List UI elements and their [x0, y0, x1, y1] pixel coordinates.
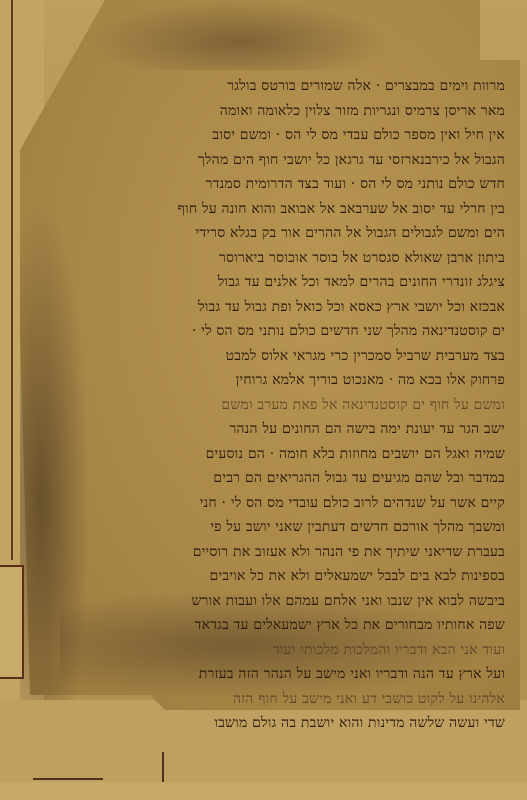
text-line: אין חיל ואין מספר כולם עבדי מס לי הס · ו…	[60, 123, 505, 148]
text-line: ומשם על חוף ים קוסטנדינאה אל פאת מערב ומ…	[60, 393, 505, 418]
text-line: בצד מערבית שרביל סמכרין כרי מגראי אלוס ל…	[60, 344, 505, 369]
text-line: אלהינו על לקוט כושבי דע ואני מישב על חוף…	[60, 687, 505, 712]
text-line: במדבר ובל שהם מגיעים עד גבול ההגריאים הם…	[60, 466, 505, 491]
text-line: הגבול אל כירבנארזסי עד גרגאן כל יושבי חו…	[60, 148, 505, 173]
stain-top	[90, 0, 390, 70]
text-line: אבכזא וכל יושבי ארץ כאסא וכל כואל ופת גב…	[60, 295, 505, 320]
text-line: הים ומשם לגבולים הגבול אל ההרים אור בק ב…	[60, 221, 505, 246]
text-line: מאר אריסן צרמיס ונגריות מזור צלוין כלאומ…	[60, 99, 505, 124]
text-line: פרחוק אלו בכא מה · מאנכוט בוריך אלמא גרו…	[60, 368, 505, 393]
bottom-page-edge	[0, 782, 527, 800]
text-line: שמיה ואגל הם יושבים מחוזות בלא חומה · הם…	[60, 442, 505, 467]
text-line: מרוות וימים במבצרים · אלה שמורים בורטס ב…	[60, 74, 505, 99]
text-line: ומשבך מהלך אורכם חדשים דעתבין שאני יושב …	[60, 515, 505, 540]
text-line: ביבשה לבוא אין שנבו ואני אלחם עמהם אלו ו…	[60, 589, 505, 614]
text-line: בעברת שדיאני שיתיך את פי הנהר ולא אעזוב …	[60, 540, 505, 565]
bottom-rule-left	[33, 778, 103, 780]
text-line: ביתון ארבן שאולא סגסרט אל בוסר אוכוסר בי…	[60, 246, 505, 271]
text-line: קיים אשר על שנדהים לרוב כולם עובדי מס הס…	[60, 491, 505, 516]
left-margin-tab	[0, 565, 24, 679]
text-line: בין חרלי עד יסוב אל שערבאב אל אבואב והוא…	[60, 197, 505, 222]
text-line: ועוד אני הבא ודבריו והמלכות מלכותי ועוד	[60, 638, 505, 663]
text-line: ציגלג זונדרי החונים בהרים למאד וכל אלנים…	[60, 270, 505, 295]
photograph: מרוות וימים במבצרים · אלה שמורים בורטס ב…	[0, 0, 527, 800]
left-vertical-rule	[11, 0, 13, 560]
text-line: ים קוסטנדינאה מהלך שני חדשים כולם נותני …	[60, 319, 505, 344]
text-line: ישב הגר עד יעונת ימה בישה הם החונים על ה…	[60, 417, 505, 442]
text-line: חדש כולם נותני מס לי הס · ועוד בצד הדרומ…	[60, 172, 505, 197]
text-line: ועל ארץ עד הנה ודבריו ואני מישב על הנהר …	[60, 662, 505, 687]
bottom-rule-vertical	[162, 752, 164, 782]
text-line: שדי ועשה שלשה מדינות והוא יושבת בה גולם …	[60, 711, 505, 736]
manuscript-text: מרוות וימים במבצרים · אלה שמורים בורטס ב…	[60, 74, 505, 736]
text-line: בספינות לבא בים לבבל ישמעאלים ולא את כל …	[60, 564, 505, 589]
text-line: שפה אחותיו מבחורים את כל ארץ ישמעאלים עד…	[60, 613, 505, 638]
